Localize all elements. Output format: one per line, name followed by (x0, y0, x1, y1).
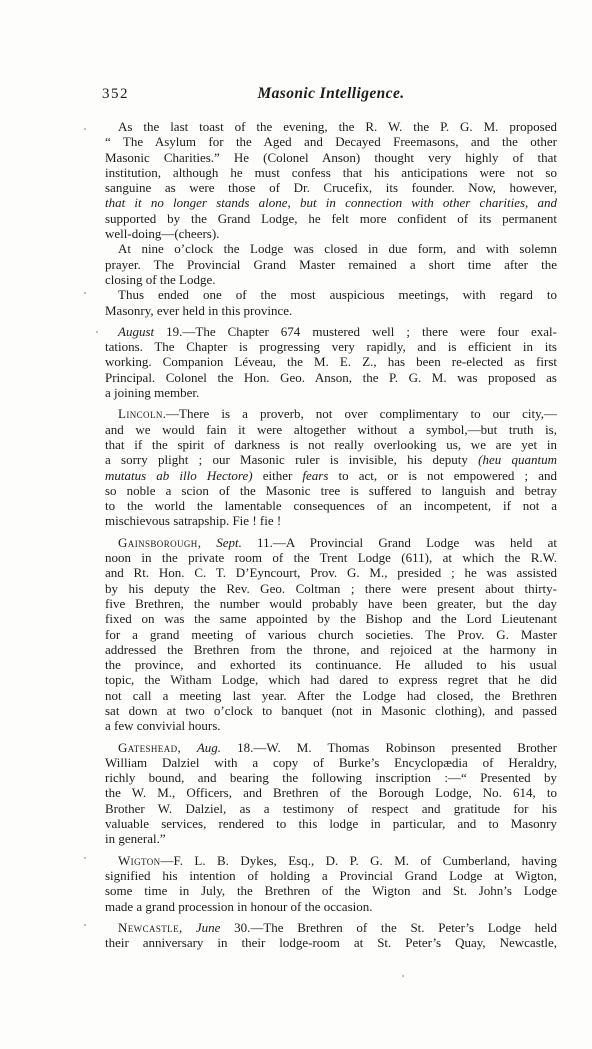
text-line: in general.” (105, 831, 557, 846)
text-line: five Brethren, the number would probably… (105, 596, 557, 611)
italic-text: fears (302, 468, 328, 483)
place-name: Newcastle (118, 920, 179, 935)
text-segment: supported by the Grand Lodge, he felt mo… (105, 211, 557, 226)
text-segment: sanguine as were those of Dr. Crucefix, … (105, 180, 557, 195)
text-segment: valuable services, rendered to this lodg… (105, 816, 557, 831)
scan-speck (84, 924, 86, 926)
place-name: Gainsborough (118, 535, 198, 550)
place-name: Wigton (118, 853, 161, 868)
text-line: sat down at two o’clock to banquet (not … (105, 703, 557, 718)
italic-text: August (118, 324, 154, 339)
text-segment: —F. L. B. Dykes, Esq., D. P. G. M. of Cu… (161, 853, 557, 868)
text-segment: to act, or is not empowered ; and (328, 468, 557, 483)
text-segment: noon in the private room of the Trent Lo… (105, 550, 557, 565)
paragraph: Gateshead, Aug. 18.—W. M. Thomas Robinso… (105, 740, 557, 847)
text-segment: , (198, 535, 216, 550)
text-line: some time in July, the Brethren of the W… (105, 883, 557, 898)
text-line: Principal. Colonel the Hon. Geo. Anson, … (105, 370, 557, 385)
text-segment: in general.” (105, 831, 166, 846)
text-segment: closing of the Lodge. (105, 272, 215, 287)
scan-speck (84, 857, 86, 859)
scanned-book-page: 352 Masonic Intelligence. As the last to… (0, 0, 592, 1049)
italic-text: (heu quantum (478, 452, 557, 467)
text-line: “ The Asylum for the Aged and Decayed Fr… (105, 134, 557, 149)
text-segment: some time in July, the Brethren of the W… (105, 883, 557, 898)
text-line: the W. M., Officers, and Brethren of the… (105, 785, 557, 800)
text-line: well-doing—(cheers). (105, 226, 557, 241)
text-segment: .—There is a proverb, not over complimen… (163, 406, 557, 421)
place-name: Gateshead (118, 740, 178, 755)
text-segment: signified his intention of holding a Pro… (105, 868, 557, 883)
text-segment: so noble a scion of the Masonic tree is … (105, 483, 557, 498)
text-segment: “ The Asylum for the Aged and Decayed Fr… (105, 134, 557, 149)
text-segment: made a grand procession in honour of the… (105, 899, 373, 914)
text-segment: five Brethren, the number would probably… (105, 596, 557, 611)
text-line: signified his intention of holding a Pro… (105, 868, 557, 883)
text-line: that if the spirit of darkness is not re… (105, 437, 557, 452)
paragraph: Gainsborough, Sept. 11.—A Provincial Gra… (105, 535, 557, 734)
text-line: for a grand meeting of various church so… (105, 627, 557, 642)
text-segment: , (179, 920, 196, 935)
text-line: prayer. The Provincial Grand Master rema… (105, 257, 557, 272)
text-segment: the province, and exhorted its continuan… (105, 657, 557, 672)
text-line: Thus ended one of the most auspicious me… (105, 287, 557, 302)
paragraph: Thus ended one of the most auspicious me… (105, 287, 557, 318)
text-segment: either (253, 468, 303, 483)
text-segment: a few convivial hours. (105, 718, 221, 733)
text-segment: tations. The Chapter is progressing very… (105, 339, 557, 354)
text-segment: Masonry, ever held in this province. (105, 303, 292, 318)
paragraph: As the last toast of the evening, the R.… (105, 119, 557, 241)
text-line: institution, although he must confess th… (105, 165, 557, 180)
text-segment: Brother W. Dalziel, as a testimony of re… (105, 801, 557, 816)
text-line: topic, the Witham Lodge, which had dared… (105, 672, 557, 687)
text-line: Brother W. Dalziel, as a testimony of re… (105, 801, 557, 816)
text-segment: and we would fain it were altogether wit… (105, 422, 557, 437)
text-line: not call a meeting last year. After the … (105, 688, 557, 703)
text-line: supported by the Grand Lodge, he felt mo… (105, 211, 557, 226)
scan-speck (96, 331, 98, 333)
text-line: the province, and exhorted its continuan… (105, 657, 557, 672)
text-line: mutatus ab illo Hectore) either fears to… (105, 468, 557, 483)
page-number: 352 (102, 86, 129, 103)
scan-speck (84, 292, 86, 294)
text-segment: Principal. Colonel the Hon. Geo. Anson, … (105, 370, 557, 385)
text-line: At nine o’clock the Lodge was closed in … (105, 241, 557, 256)
text-line: As the last toast of the evening, the R.… (105, 119, 557, 134)
paragraph: Wigton—F. L. B. Dykes, Esq., D. P. G. M.… (105, 853, 557, 914)
text-segment: and Rt. Hon. C. T. D’Eyncourt, Prov. G. … (105, 565, 557, 580)
text-segment: Masonic Charities.” He (Colonel Anson) t… (105, 150, 557, 165)
text-line: Newcastle, June 30.—The Brethren of the … (105, 920, 557, 935)
text-line: Gateshead, Aug. 18.—W. M. Thomas Robinso… (105, 740, 557, 755)
text-segment: addressed the Brethren from the throne, … (105, 642, 557, 657)
text-segment: 19.—The Chapter 674 mustered well ; ther… (154, 324, 557, 339)
text-segment: 18.—W. M. Thomas Robinson presented Brot… (221, 740, 557, 755)
text-line: Masonic Charities.” He (Colonel Anson) t… (105, 150, 557, 165)
text-segment: working. Companion Léveau, the M. E. Z.,… (105, 354, 557, 369)
text-line: so noble a scion of the Masonic tree is … (105, 483, 557, 498)
text-segment: 11.—A Provincial Grand Lodge was held at (242, 535, 557, 550)
text-segment: prayer. The Provincial Grand Master rema… (105, 257, 557, 272)
text-line: richly bound, and bearing the following … (105, 770, 557, 785)
text-segment: a sorry plight ; our Masonic ruler is in… (105, 452, 478, 467)
text-line: and Rt. Hon. C. T. D’Eyncourt, Prov. G. … (105, 565, 557, 580)
text-line: noon in the private room of the Trent Lo… (105, 550, 557, 565)
italic-text: mutatus ab illo Hectore) (105, 468, 253, 483)
text-line: working. Companion Léveau, the M. E. Z.,… (105, 354, 557, 369)
text-segment: institution, although he must confess th… (105, 165, 557, 180)
text-line: mischievous satrapship. Fie ! fie ! (105, 513, 557, 528)
text-line: and we would fain it were altogether wit… (105, 422, 557, 437)
text-line: by his deputy the Rev. Geo. Coltman ; th… (105, 581, 557, 596)
text-segment: At nine o’clock the Lodge was closed in … (118, 241, 557, 256)
text-line: Masonry, ever held in this province. (105, 303, 557, 318)
page-body-text: As the last toast of the evening, the R.… (105, 119, 557, 950)
text-line: made a grand procession in honour of the… (105, 899, 557, 914)
text-segment: by his deputy the Rev. Geo. Coltman ; th… (105, 581, 557, 596)
text-line: Lincoln.—There is a proverb, not over co… (105, 406, 557, 421)
text-segment: , (178, 740, 197, 755)
text-segment: their anniversary in their lodge-room at… (105, 935, 557, 950)
scan-speck (402, 975, 404, 977)
text-segment: the W. M., Officers, and Brethren of the… (105, 785, 557, 800)
text-segment: well-doing—(cheers). (105, 226, 219, 241)
place-name: Lincoln (118, 406, 163, 421)
text-segment: fixed on was the same appointed by the B… (105, 611, 557, 626)
paragraph: Newcastle, June 30.—The Brethren of the … (105, 920, 557, 951)
text-line: their anniversary in their lodge-room at… (105, 935, 557, 950)
text-segment: richly bound, and bearing the following … (105, 770, 557, 785)
text-line: a few convivial hours. (105, 718, 557, 733)
text-line: William Dalziel with a copy of Burke’s E… (105, 755, 557, 770)
text-line: a sorry plight ; our Masonic ruler is in… (105, 452, 557, 467)
scan-speck (84, 128, 86, 130)
paragraph: At nine o’clock the Lodge was closed in … (105, 241, 557, 287)
text-line: August 19.—The Chapter 674 mustered well… (105, 324, 557, 339)
text-segment: As the last toast of the evening, the R.… (118, 119, 557, 134)
italic-text: Aug. (197, 740, 221, 755)
text-line: Wigton—F. L. B. Dykes, Esq., D. P. G. M.… (105, 853, 557, 868)
text-segment: William Dalziel with a copy of Burke’s E… (105, 755, 557, 770)
text-line: sanguine as were those of Dr. Crucefix, … (105, 180, 557, 195)
text-line: a joining member. (105, 385, 557, 400)
text-line: closing of the Lodge. (105, 272, 557, 287)
text-line: tations. The Chapter is progressing very… (105, 339, 557, 354)
paragraph: August 19.—The Chapter 674 mustered well… (105, 324, 557, 400)
paragraph: Lincoln.—There is a proverb, not over co… (105, 406, 557, 528)
italic-text: that it no longer stands alone, but in c… (105, 195, 557, 210)
italic-text: Sept. (216, 535, 242, 550)
text-line: to the world the lamentable consequences… (105, 498, 557, 513)
page-header: 352 Masonic Intelligence. (105, 85, 557, 103)
text-line: fixed on was the same appointed by the B… (105, 611, 557, 626)
italic-text: June (196, 920, 221, 935)
running-title: Masonic Intelligence. (105, 85, 557, 103)
text-segment: for a grand meeting of various church so… (105, 627, 557, 642)
text-segment: sat down at two o’clock to banquet (not … (105, 703, 557, 718)
text-segment: not call a meeting last year. After the … (105, 688, 557, 703)
text-line: that it no longer stands alone, but in c… (105, 195, 557, 210)
text-line: Gainsborough, Sept. 11.—A Provincial Gra… (105, 535, 557, 550)
text-segment: topic, the Witham Lodge, which had dared… (105, 672, 557, 687)
text-segment: 30.—The Brethren of the St. Peter’s Lodg… (220, 920, 557, 935)
text-line: addressed the Brethren from the throne, … (105, 642, 557, 657)
text-segment: that if the spirit of darkness is not re… (105, 437, 557, 452)
text-segment: mischievous satrapship. Fie ! fie ! (105, 513, 281, 528)
text-segment: a joining member. (105, 385, 199, 400)
text-line: valuable services, rendered to this lodg… (105, 816, 557, 831)
text-segment: Thus ended one of the most auspicious me… (118, 287, 557, 302)
text-segment: to the world the lamentable consequences… (105, 498, 557, 513)
